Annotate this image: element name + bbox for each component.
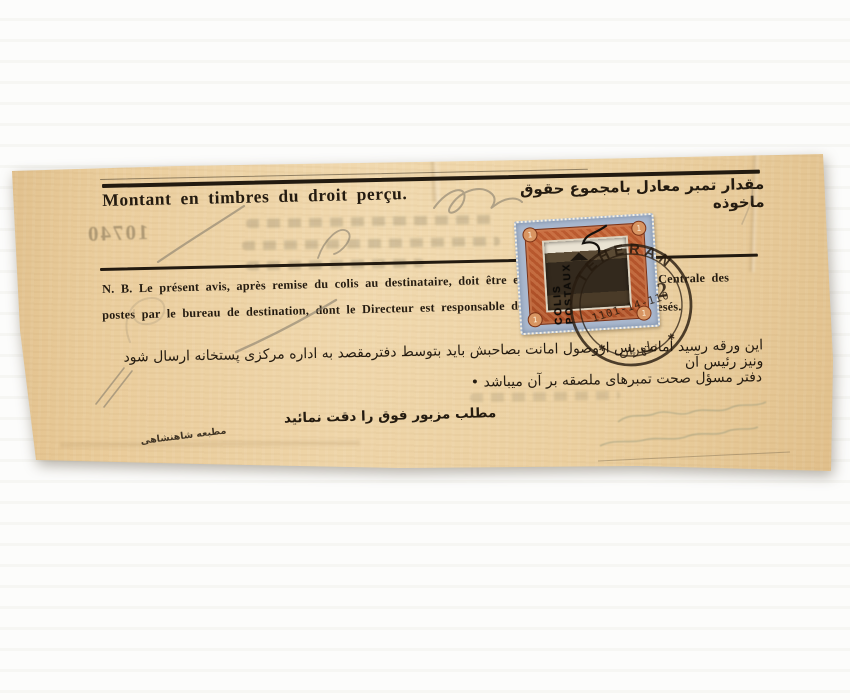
postmark-star-left: ✱ [598, 343, 607, 354]
receipt-paper: 10740 Montant en timbres du droit perçu.… [0, 0, 850, 700]
persian-heading: مقدار تمبر معادل بامجموع حقوق ماخوذه [492, 175, 765, 217]
bleedthrough-number: 10740 [86, 220, 149, 247]
receipt-paper-wrap: 10740 Montant en timbres du droit perçu.… [0, 0, 850, 700]
postmark-city-persian: طهران [617, 338, 659, 360]
teheran-postmark: TEHERAN 1101-14-110 2 طهران ✱ ✱ [545, 219, 717, 391]
postmark-star-right: ✱ [667, 332, 676, 343]
photo-scene: 10740 Montant en timbres du droit perçu.… [0, 0, 850, 700]
